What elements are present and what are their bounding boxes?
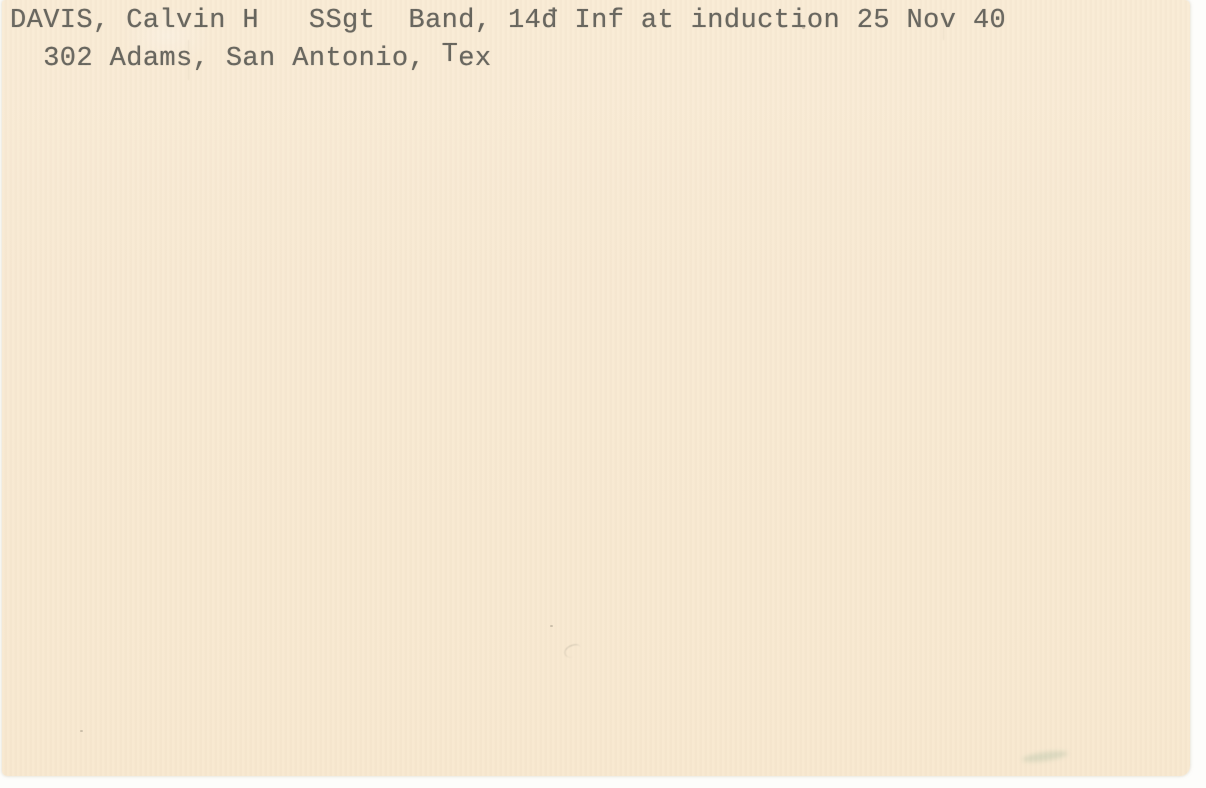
card-line-2-raised-letter: T [442, 40, 459, 70]
card-line-2: 302 Adams, San Antonio, Tex [10, 42, 492, 76]
dust-speck [80, 730, 83, 732]
index-card: DAVIS, Calvin H SSgt Band, 14đ Inf at in… [2, 0, 1190, 776]
dust-speck [550, 625, 553, 627]
pencil-smudge [563, 643, 583, 660]
scanned-page: DAVIS, Calvin H SSgt Band, 14đ Inf at in… [0, 0, 1206, 788]
card-line-1: DAVIS, Calvin H SSgt Band, 14đ Inf at in… [10, 4, 1006, 38]
card-line-2-text: 302 Adams, San Antonio, [10, 44, 442, 74]
card-line-2-text-end: ex [458, 44, 491, 74]
green-smudge [1022, 749, 1069, 764]
